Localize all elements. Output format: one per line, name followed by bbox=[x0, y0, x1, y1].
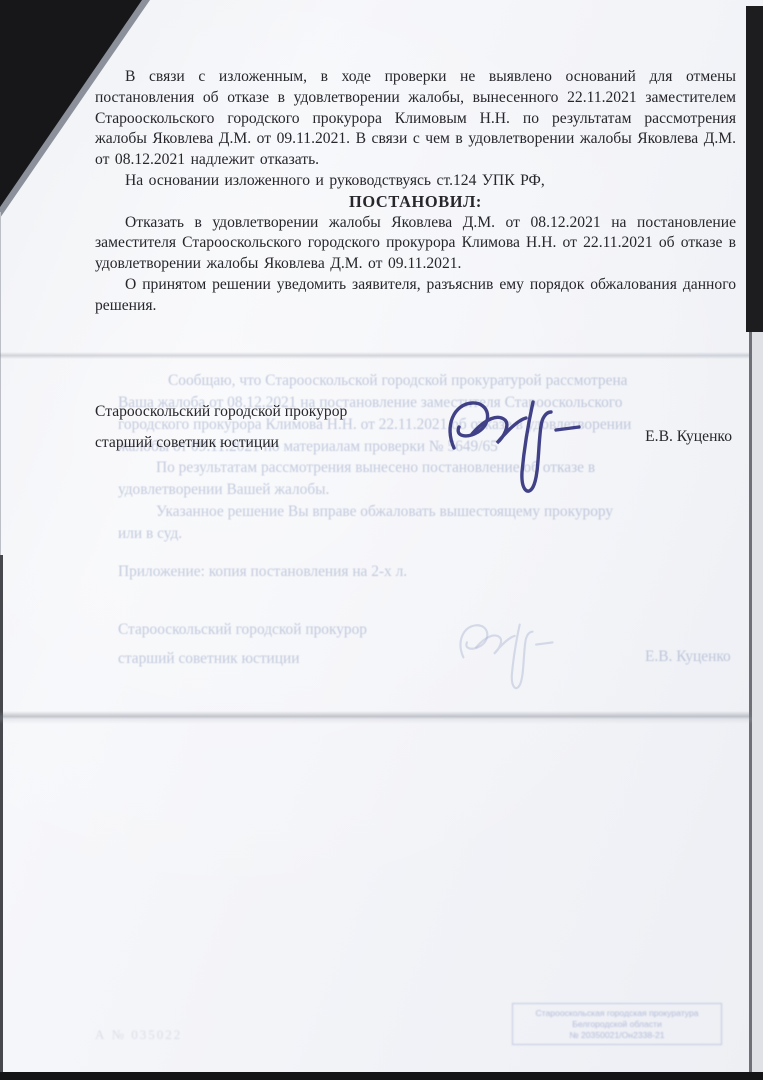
bleed-line: Приложение: копия постановления на 2-х л… bbox=[118, 563, 407, 581]
body-paragraph-1: В связи с изложенным, в ходе проверки не… bbox=[95, 67, 736, 171]
scanned-document-page: Сообщаю, что Старооскольской городской п… bbox=[0, 0, 763, 1080]
bleed-line: старший советник юстиции bbox=[118, 650, 300, 668]
body-paragraph-3: Отказать в удовлетворении жалобы Яковлев… bbox=[95, 213, 736, 275]
stamp-line: № 20350021/Он2338-21 bbox=[513, 1031, 721, 1040]
body-paragraph-2: На основании изложенного и руководствуяс… bbox=[95, 171, 736, 192]
fold-crease-lower bbox=[0, 711, 752, 724]
signer-position-line2: старший советник юстиции bbox=[95, 434, 279, 452]
signature-scribble bbox=[438, 390, 598, 505]
footer-faint-fragment: А № 035022 bbox=[95, 1027, 182, 1043]
bleed-line: или в суд. bbox=[118, 525, 182, 543]
bleed-signer-name: Е.В. Куценко bbox=[645, 648, 731, 666]
scan-edge-left bbox=[0, 555, 3, 1072]
scan-edge-bottom bbox=[0, 1072, 763, 1080]
stamp-line: Старооскольская городская прокуратура bbox=[513, 1009, 721, 1018]
signer-name: Е.В. Куценко bbox=[645, 428, 732, 446]
bleed-line: Сообщаю, что Старооскольской городской п… bbox=[168, 372, 628, 390]
scan-edge-right-dark bbox=[746, 6, 763, 332]
bleed-line: Старооскольский городской прокурор bbox=[118, 621, 367, 639]
bleed-line: Указанное решение Вы вправе обжаловать в… bbox=[156, 503, 613, 521]
bleed-signature-scribble bbox=[450, 616, 568, 698]
document-body: В связи с изложенным, в ходе проверки не… bbox=[95, 67, 736, 317]
scan-edge-right-light bbox=[749, 332, 763, 1072]
resolution-heading: ПОСТАНОВИЛ: bbox=[95, 192, 736, 213]
registry-stamp: Старооскольская городская прокуратура Бе… bbox=[512, 1003, 722, 1045]
body-paragraph-4: О принятом решении уведомить заявителя, … bbox=[95, 275, 736, 317]
signer-position-line1: Старооскольский городской прокурор bbox=[95, 403, 347, 421]
bleed-line: удовлетворении Вашей жалобы. bbox=[118, 481, 329, 499]
scan-edge-left-faint bbox=[0, 212, 1, 555]
stamp-line: Белгородской области bbox=[513, 1020, 721, 1029]
fold-crease-upper bbox=[0, 352, 749, 359]
